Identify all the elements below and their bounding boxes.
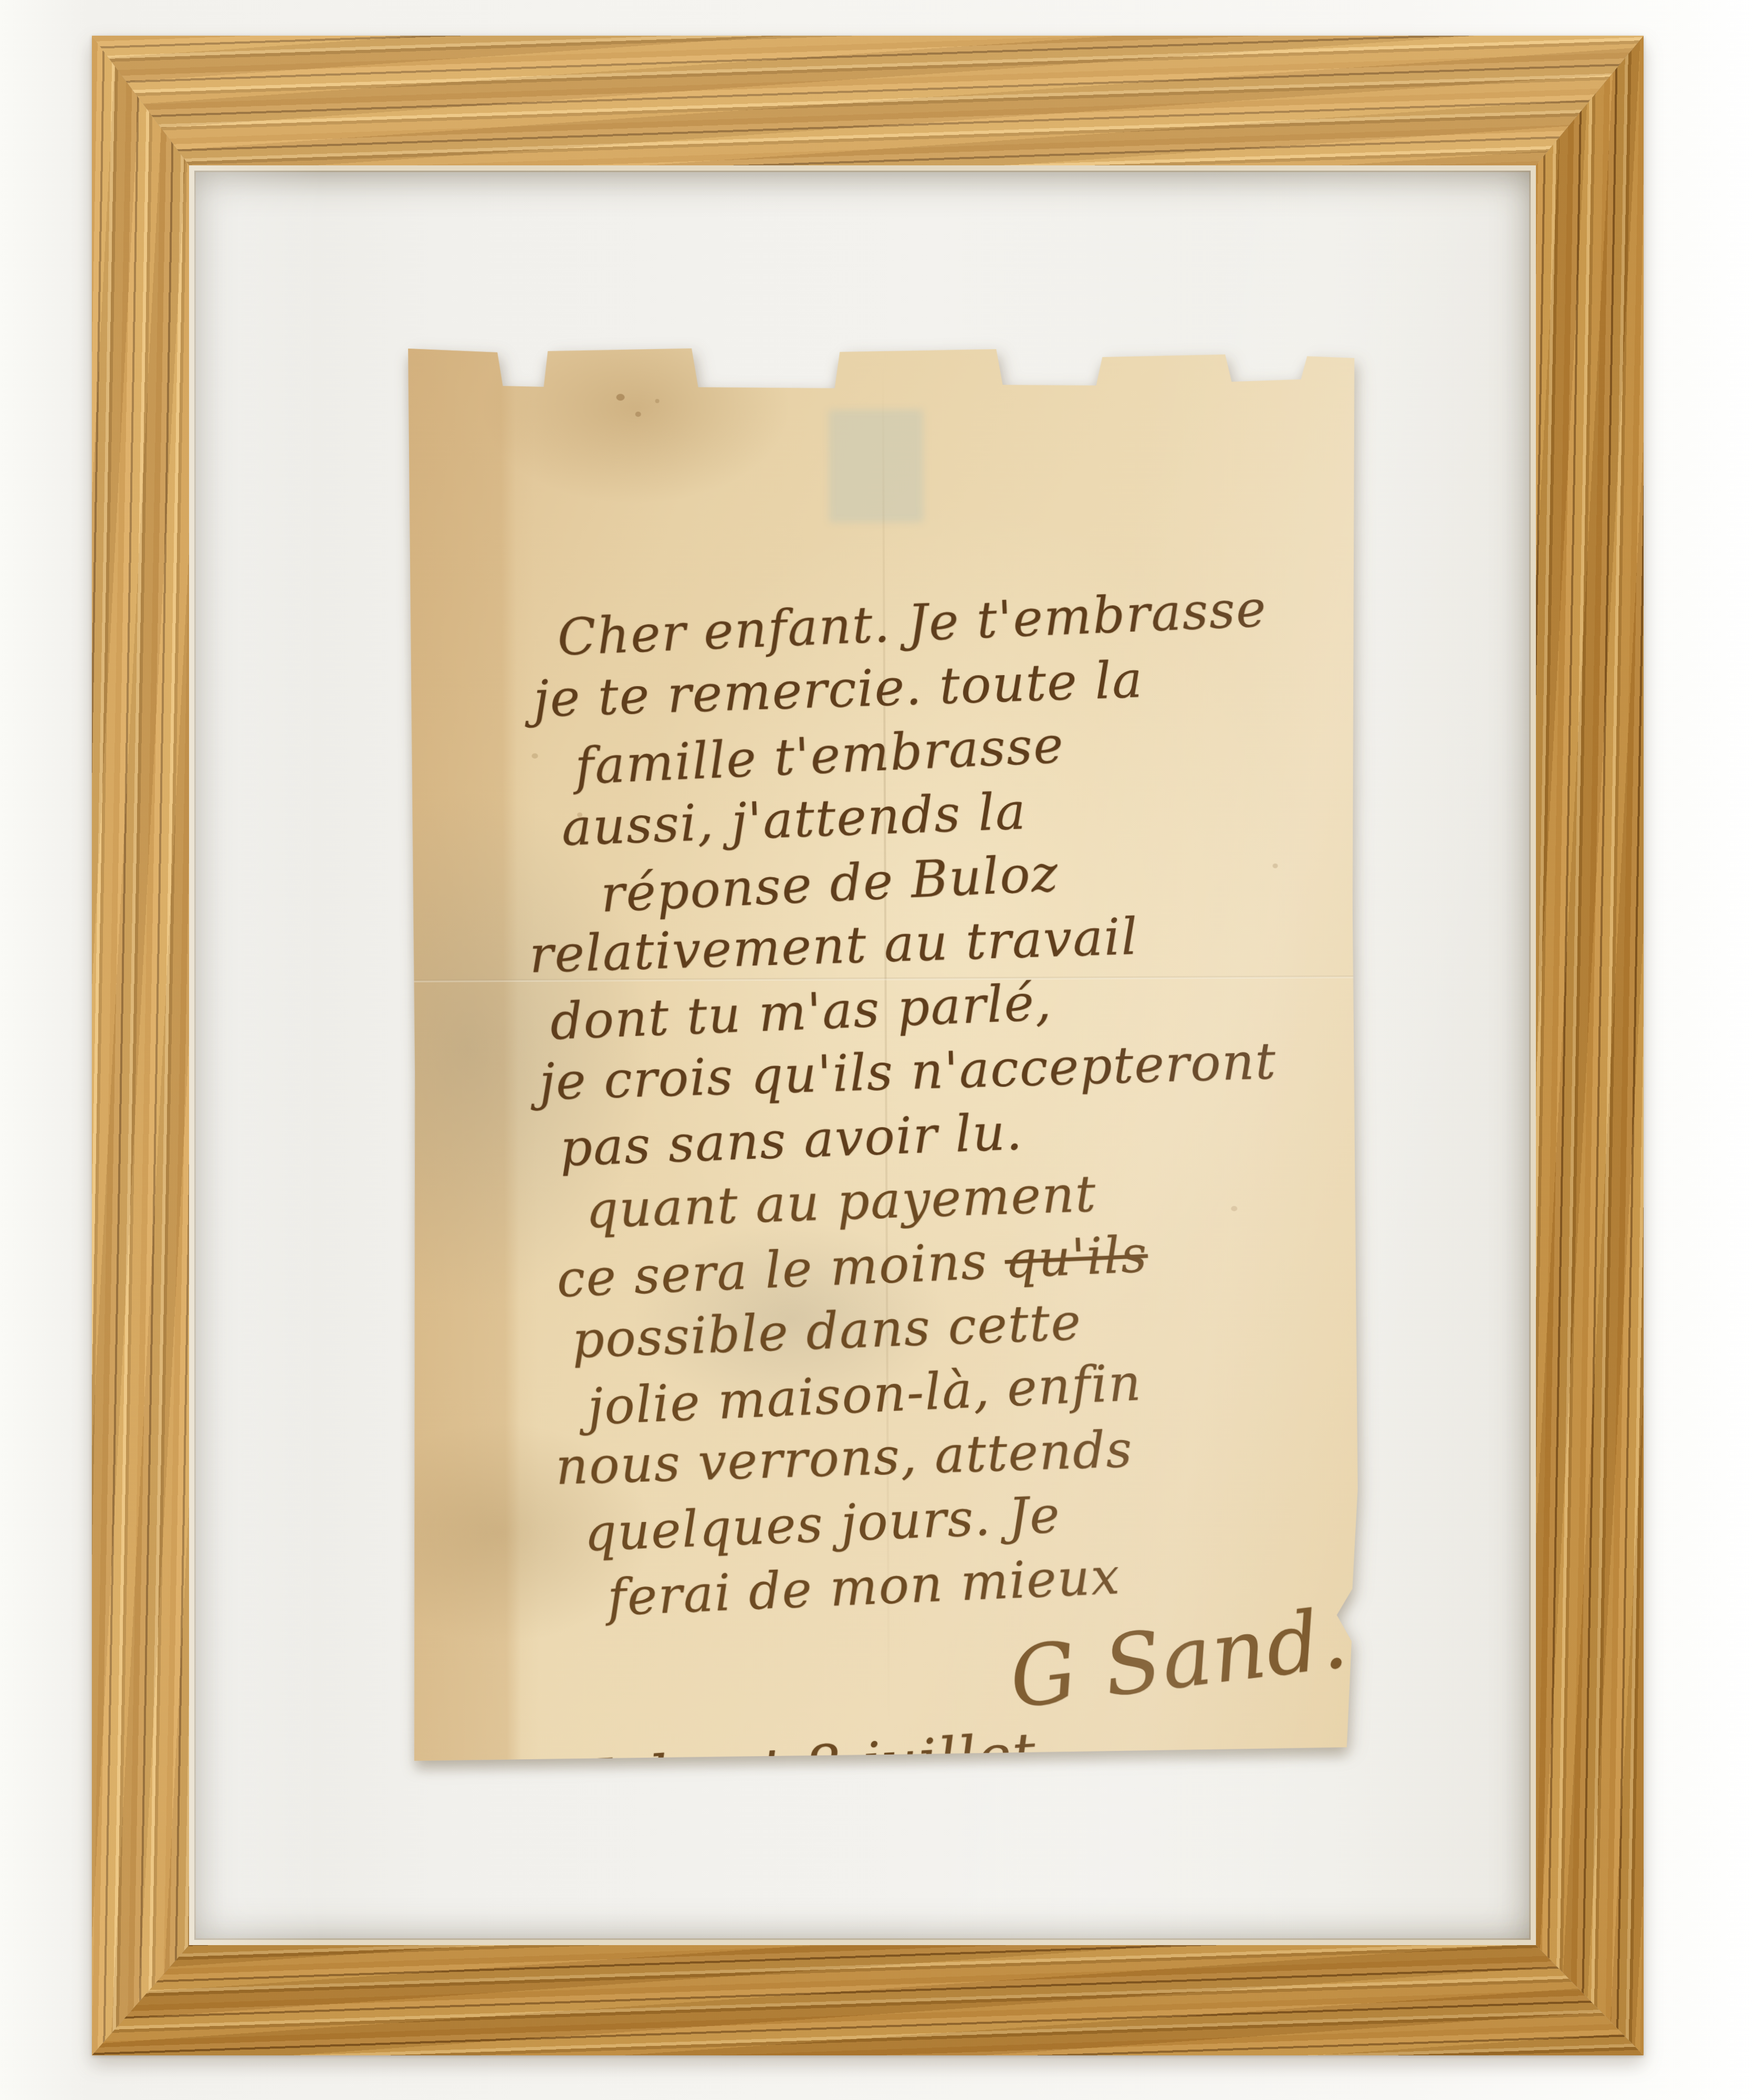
paper-sheet-torn-edges: Cher enfant. Je t'embrasse je te remerci…: [408, 334, 1361, 1761]
photo-of-framed-letter: Cher enfant. Je t'embrasse je te remerci…: [0, 0, 1757, 2100]
strikethrough-word: qu'ils: [1003, 1225, 1149, 1290]
letter-paper: Cher enfant. Je t'embrasse je te remerci…: [408, 334, 1361, 1761]
handwritten-letter-text: Cher enfant. Je t'embrasse je te remerci…: [540, 576, 1371, 1805]
ink-spot: [532, 753, 538, 759]
ink-spot: [655, 399, 660, 403]
embossed-stamp-mark: [829, 409, 924, 523]
ink-spot: [616, 394, 625, 401]
ink-spot: [635, 412, 641, 417]
